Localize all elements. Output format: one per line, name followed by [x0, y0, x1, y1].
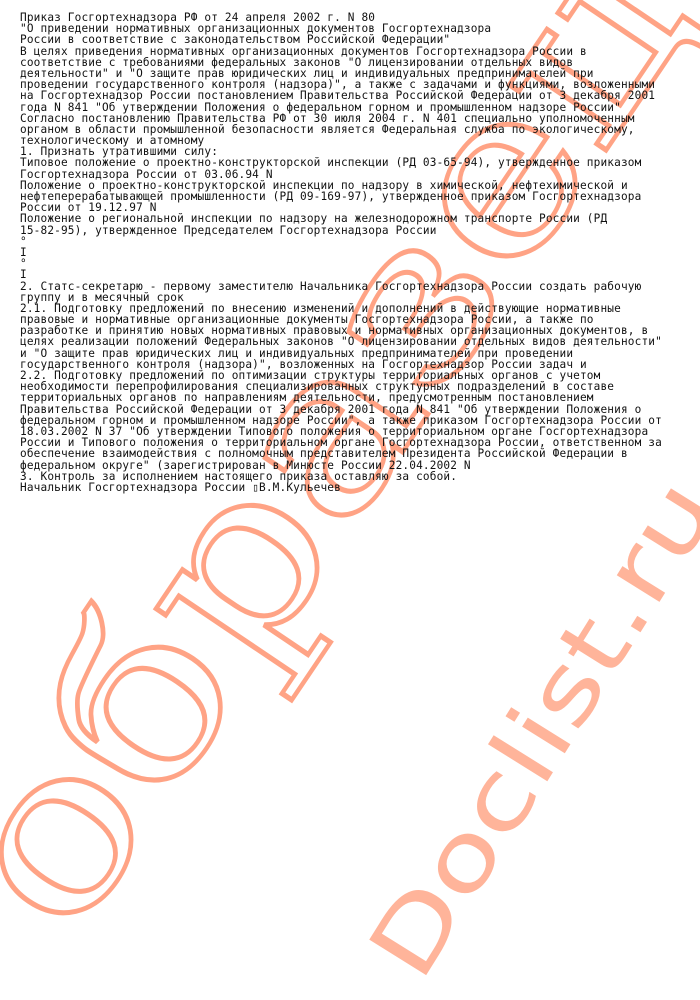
document-line: территориальных органов по направлениям …	[20, 392, 690, 403]
document-line: Типовое положение о проектно-конструктор…	[20, 157, 690, 168]
document-line: федеральном округе" (зарегистрирован в М…	[20, 460, 690, 471]
document-line: 15-82-95), утвержденное Председателем Го…	[20, 225, 690, 236]
document-line: года N 841 "Об утверждении Положения о ф…	[20, 102, 690, 113]
document-line: на Госгортехнадзор России постановлением…	[20, 90, 690, 101]
document-line: целях реализации положений Федеральных з…	[20, 336, 690, 347]
document-line: I	[20, 247, 690, 258]
document-line: России в соответствие с законодательство…	[20, 34, 690, 45]
document-line: I	[20, 269, 690, 280]
document-line: Начальник Госгортехнадзора России ▯В.М.К…	[20, 482, 690, 493]
document-line: °	[20, 236, 690, 247]
document-body: Приказ Госгортехнадзора РФ от 24 апреля …	[20, 12, 690, 493]
document-line: обеспечение взаимодействия с полномочным…	[20, 448, 690, 459]
document-line: Положение о региональной инспекции по на…	[20, 213, 690, 224]
document-line: °	[20, 258, 690, 269]
watermark-filled-text: Doclist.ru	[348, 461, 700, 997]
document-line: 2. Статс-секретарю - первому заместителю…	[20, 281, 690, 292]
